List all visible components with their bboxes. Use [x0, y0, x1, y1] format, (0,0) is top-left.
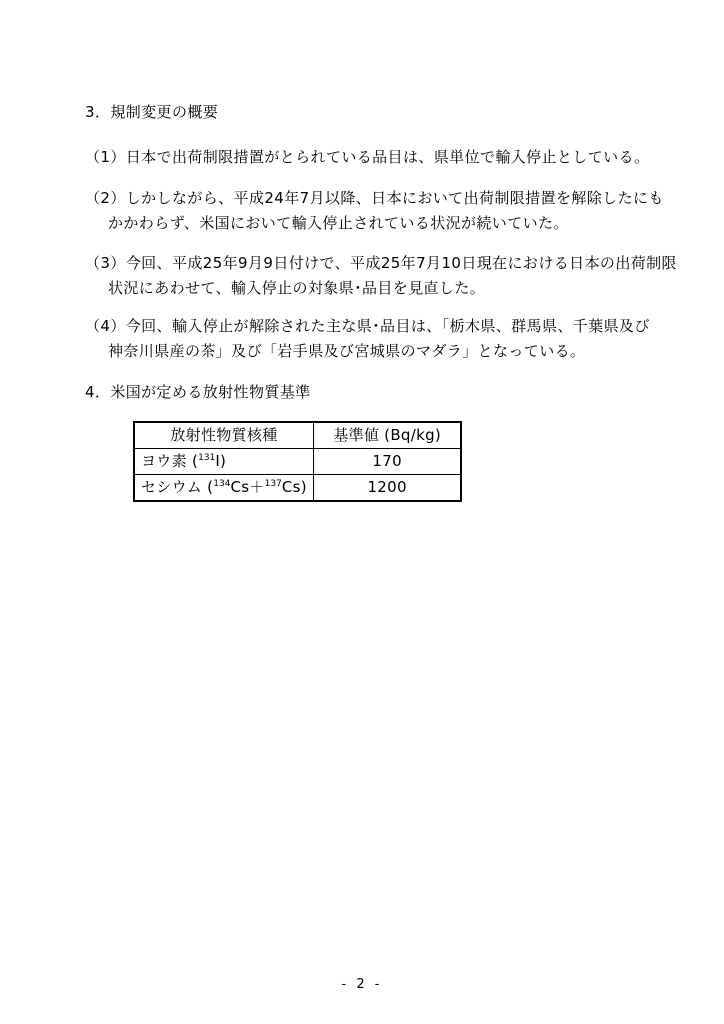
table-row: ヨウ素 (131I) 170	[134, 449, 461, 475]
section3-heading: 3．規制変更の概要	[85, 100, 675, 125]
document-content: 3．規制変更の概要 （1）日本で出荷制限措置がとられている品目は、県単位で輸入停…	[85, 100, 675, 502]
table-header-nuclide: 放射性物質核種	[134, 422, 313, 449]
value-cell-cesium: 1200	[313, 475, 461, 502]
page-number: - 2 -	[0, 977, 724, 992]
nuclide-text: ヨウ素 (	[141, 452, 198, 470]
paragraph-line: 神奈川県産の茶」及び「岩手県及び宮城県のマダラ」となっている。	[85, 339, 675, 364]
isotope-superscript: 134	[213, 479, 230, 489]
nuclide-cell-iodine: ヨウ素 (131I)	[134, 449, 313, 475]
paragraph-line: （1）日本で出荷制限措置がとられている品目は、県単位で輸入停止としている。	[85, 145, 675, 170]
isotope-superscript: 137	[265, 479, 282, 489]
paragraph-1: （1）日本で出荷制限措置がとられている品目は、県単位で輸入停止としている。	[85, 145, 675, 170]
isotope-superscript: 131	[198, 453, 215, 463]
nuclide-text: I)	[215, 452, 226, 470]
paragraph-line: （3）今回、平成25年9月9日付けで、平成25年7月10日現在における日本の出荷…	[85, 251, 675, 276]
paragraph-line: かかわらず、米国において輸入停止されている状況が続いていた。	[85, 211, 675, 236]
document-page: 3．規制変更の概要 （1）日本で出荷制限措置がとられている品目は、県単位で輸入停…	[0, 0, 724, 1024]
table-row: セシウム (134Cs＋137Cs) 1200	[134, 475, 461, 502]
paragraph-3: （3）今回、平成25年9月9日付けで、平成25年7月10日現在における日本の出荷…	[85, 251, 675, 301]
radioactive-standards-table: 放射性物質核種 基準値 (Bq/kg) ヨウ素 (131I) 170 セシウム …	[133, 421, 462, 502]
nuclide-cell-cesium: セシウム (134Cs＋137Cs)	[134, 475, 313, 502]
paragraph-line: 状況にあわせて、輸入停止の対象県･品目を見直した。	[85, 276, 675, 301]
section4-heading: 4．米国が定める放射性物質基準	[85, 380, 675, 405]
paragraph-2: （2）しかしながら、平成24年7月以降、日本において出荷制限措置を解除したにも …	[85, 186, 675, 236]
paragraph-line: （2）しかしながら、平成24年7月以降、日本において出荷制限措置を解除したにも	[85, 186, 675, 211]
table-header-value: 基準値 (Bq/kg)	[313, 422, 461, 449]
paragraph-line: （4）今回、輸入停止が解除された主な県･品目は、「栃木県、群馬県、千葉県及び	[85, 314, 675, 339]
nuclide-text: セシウム (	[141, 478, 213, 496]
table-header-row: 放射性物質核種 基準値 (Bq/kg)	[134, 422, 461, 449]
nuclide-text: Cs＋	[230, 478, 264, 496]
paragraph-4: （4）今回、輸入停止が解除された主な県･品目は、「栃木県、群馬県、千葉県及び 神…	[85, 314, 675, 364]
nuclide-text: Cs)	[282, 478, 307, 496]
value-cell-iodine: 170	[313, 449, 461, 475]
